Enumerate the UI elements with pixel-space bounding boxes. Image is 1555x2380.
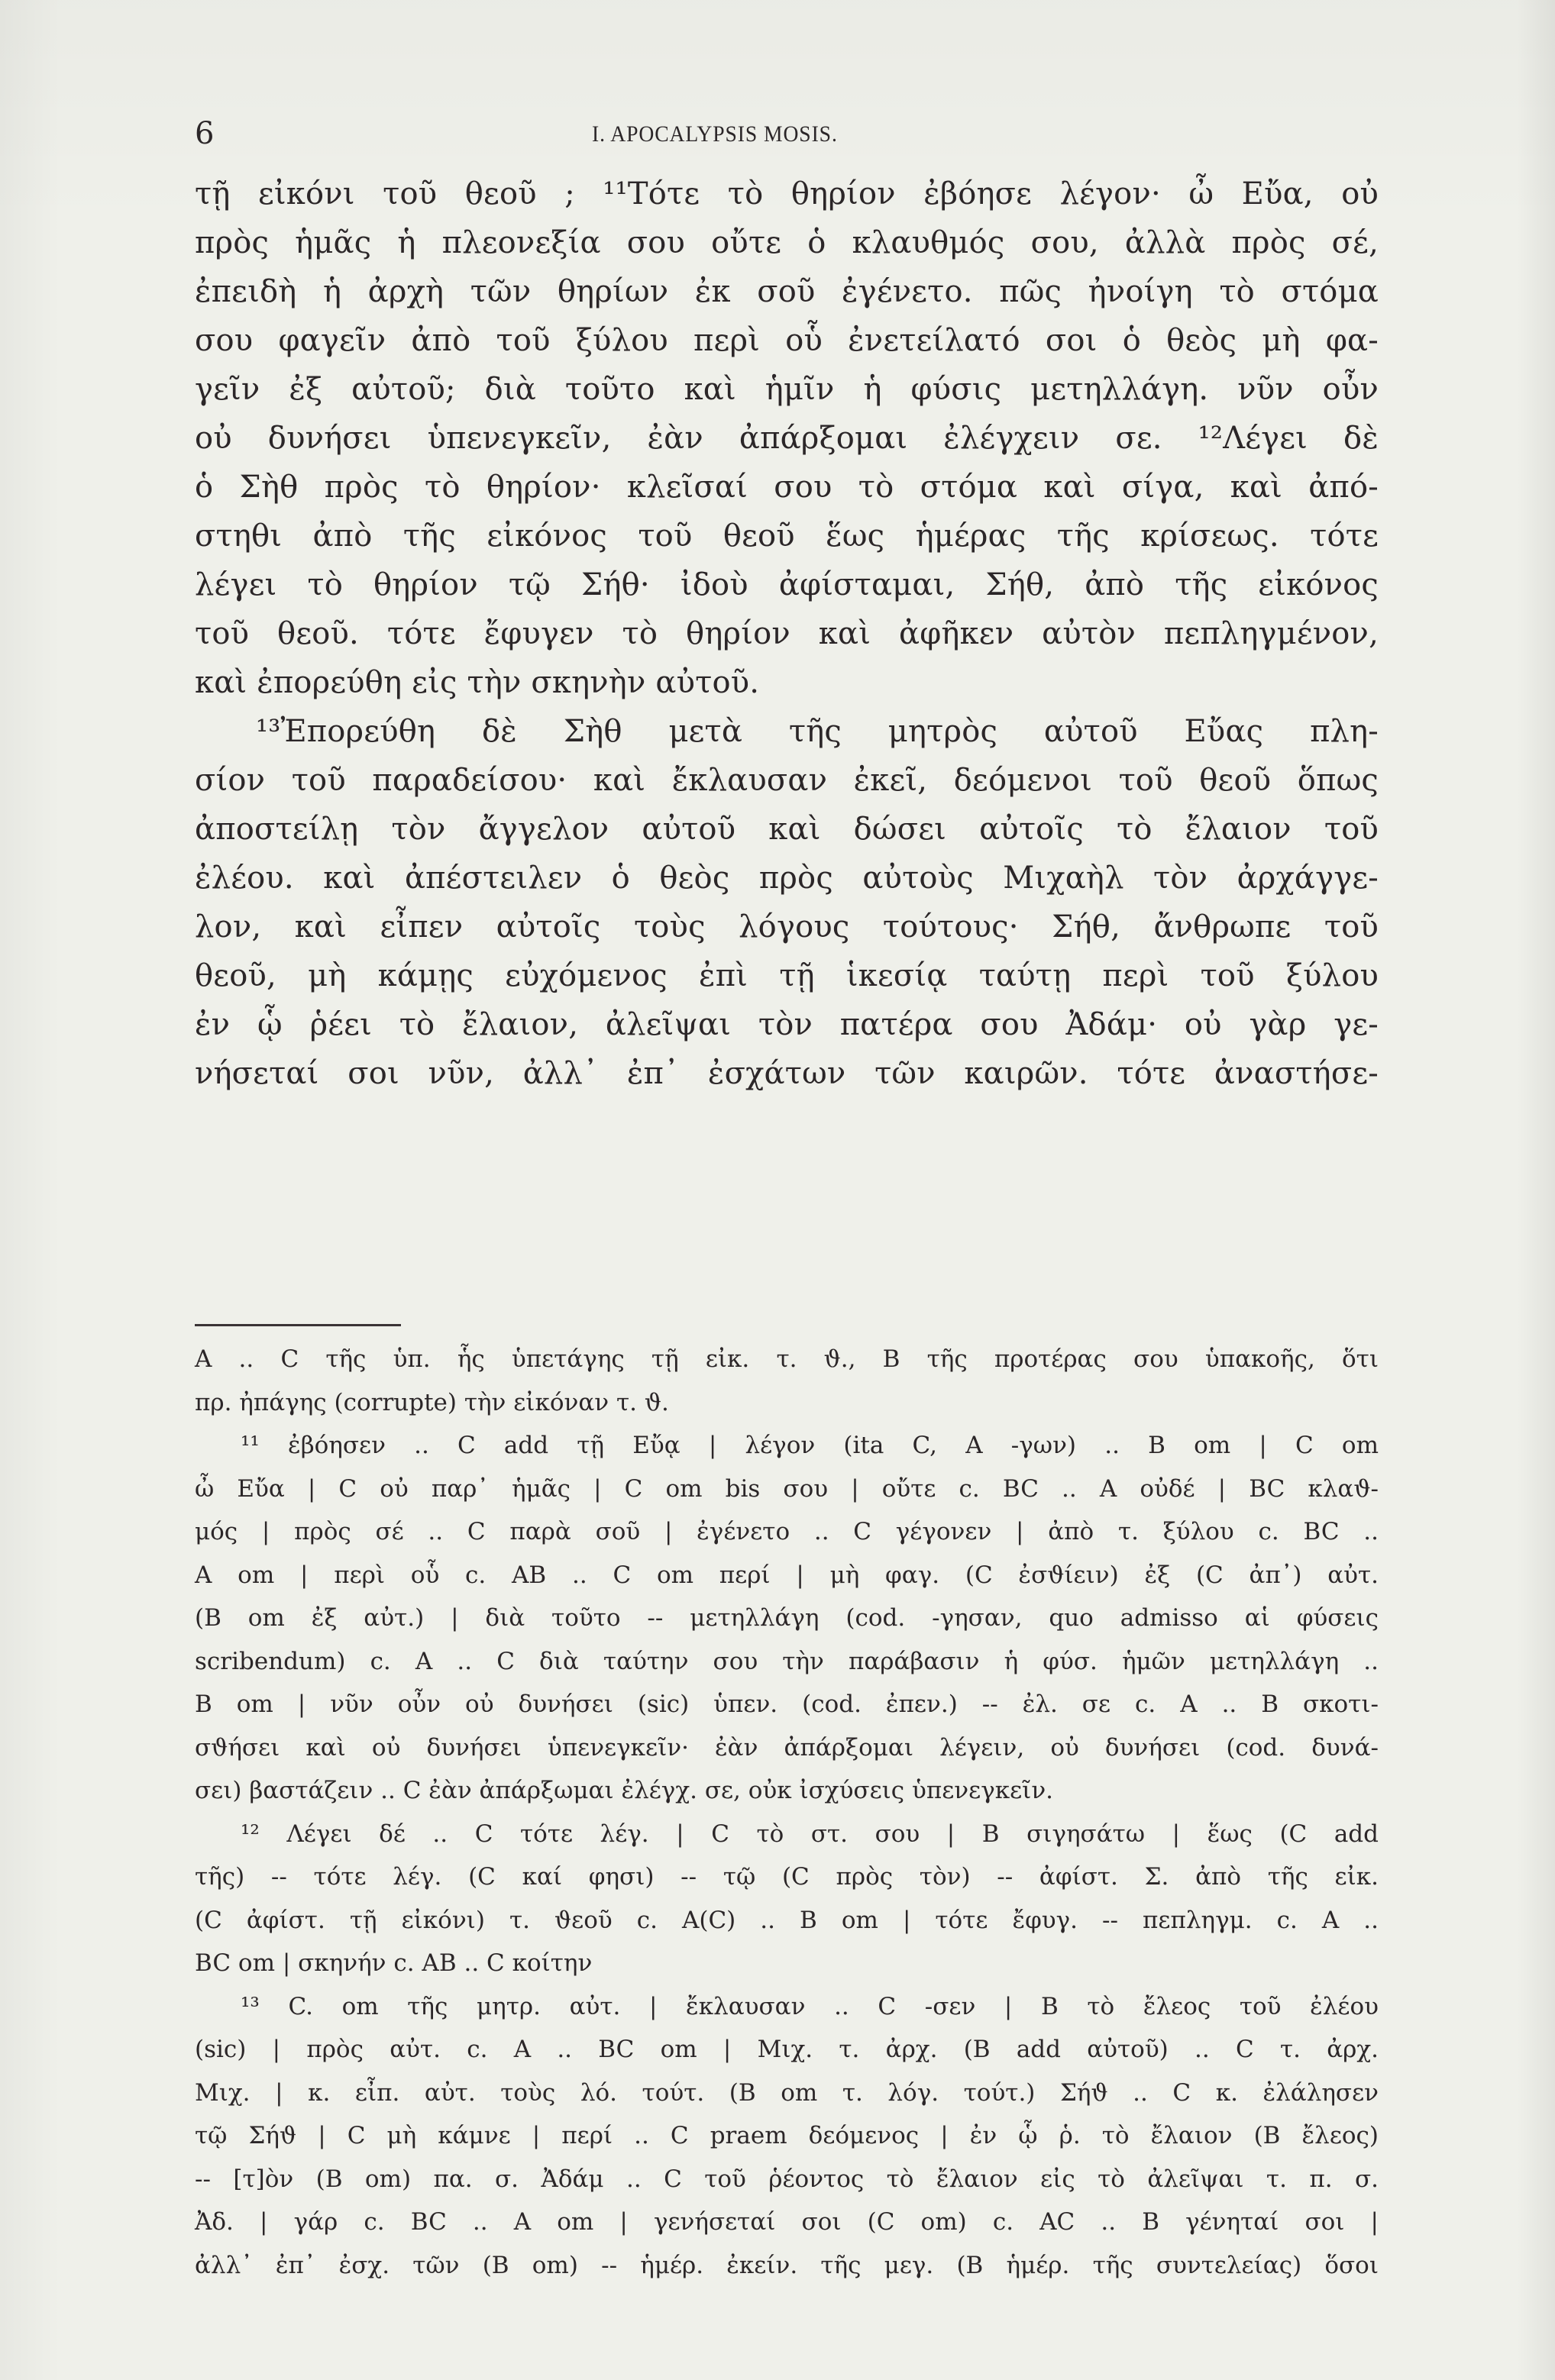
apparatus-line: A om | περὶ οὗ c. AB .. C om περί | μὴ φ… bbox=[195, 1554, 1379, 1597]
text-line: ὁ Σὴθ πρὸς τὸ θηρίον· κλεῖσαί σου τὸ στό… bbox=[195, 463, 1379, 512]
footnote-separator-rule bbox=[195, 1324, 401, 1326]
apparatus-line: ἀλλ᾽ ἐπ᾽ ἐσχ. τῶν (B om) -- ἡμέρ. ἐκείν.… bbox=[195, 2244, 1379, 2288]
apparatus-line: σει) βαστάζειν .. C ἐὰν ἀπάρξωμαι ἐλέγχ.… bbox=[195, 1769, 1379, 1813]
text-line: ἐπειδὴ ἡ ἀρχὴ τῶν θηρίων ἐκ σοῦ ἐγένετο.… bbox=[195, 267, 1379, 316]
text-line: γεῖν ἐξ αὐτοῦ; διὰ τοῦτο καὶ ἡμῖν ἡ φύσι… bbox=[195, 365, 1379, 414]
main-text-body: τῇ εἰκόνι τοῦ θεοῦ ; ¹¹Τότε τὸ θηρίον ἐβ… bbox=[195, 170, 1379, 1098]
apparatus-line: ¹³ C. om τῆς μητρ. αὐτ. | ἔκλαυσαν .. C … bbox=[195, 1985, 1379, 2029]
text-line: πρὸς ἡμᾶς ἡ πλεονεξία σου οὔτε ὁ κλαυθμό… bbox=[195, 218, 1379, 267]
apparatus-line: μός | πρὸς σέ .. C παρὰ σοῦ | ἐγένετο ..… bbox=[195, 1510, 1379, 1554]
page-number: 6 bbox=[195, 115, 214, 153]
text-line: ἀποστείλῃ τὸν ἄγγελον αὐτοῦ καὶ δώσει αὐ… bbox=[195, 805, 1379, 854]
text-line: στηθι ἀπὸ τῆς εἰκόνος τοῦ θεοῦ ἕως ἡμέρα… bbox=[195, 512, 1379, 560]
apparatus-line: (C ἀφίστ. τῇ εἰκόνι) τ. ϑεοῦ c. A(C) .. … bbox=[195, 1899, 1379, 1942]
text-line: οὐ δυνήσει ὑπενεγκεῖν, ἐὰν ἀπάρξομαι ἐλέ… bbox=[195, 414, 1379, 463]
text-line: ἐλέου. καὶ ἀπέστειλεν ὁ θεὸς πρὸς αὐτοὺς… bbox=[195, 854, 1379, 903]
page-header: 6 I. APOCALYPSIS MOSIS. bbox=[195, 115, 1379, 153]
apparatus-line: τῆς) -- τότε λέγ. (C καί φησι) -- τῷ (C … bbox=[195, 1855, 1379, 1899]
apparatus-line: (B om ἐξ αὐτ.) | διὰ τοῦτο -- μετηλλάγη … bbox=[195, 1597, 1379, 1640]
text-line: τῇ εἰκόνι τοῦ θεοῦ ; ¹¹Τότε τὸ θηρίον ἐβ… bbox=[195, 170, 1379, 218]
apparatus-line: τῷ Σήϑ | C μὴ κάμνε | περί .. C praem δε… bbox=[195, 2114, 1379, 2158]
apparatus-line: σϑήσει καὶ οὐ δυνήσει ὑπενεγκεῖν· ἐὰν ἀπ… bbox=[195, 1726, 1379, 1770]
apparatus-line: Ἀδ. | γάρ c. BC .. A om | γενήσεταί σοι … bbox=[195, 2201, 1379, 2244]
apparatus-line: scribendum) c. A .. C διὰ ταύτην σου τὴν… bbox=[195, 1640, 1379, 1684]
apparatus-line: A .. C τῆς ὑπ. ἧς ὑπετάγης τῇ εἰκ. τ. ϑ.… bbox=[195, 1338, 1379, 1381]
apparatus-line: ¹¹ ἐβόησεν .. C add τῇ Εὔᾳ | λέγον (ita … bbox=[195, 1424, 1379, 1468]
apparatus-line: BC om | σκηνήν c. AB .. C κοίτην bbox=[195, 1942, 1379, 1985]
text-line: θεοῦ, μὴ κάμῃς εὐχόμενος ἐπὶ τῇ ἱκεσίᾳ τ… bbox=[195, 951, 1379, 1000]
text-line: ἐν ᾧ ῥέει τὸ ἔλαιον, ἀλεῖψαι τὸν πατέρα … bbox=[195, 1000, 1379, 1049]
text-line: καὶ ἐπορεύθη εἰς τὴν σκηνὴν αὐτοῦ. bbox=[195, 658, 1379, 707]
text-line: ¹³Ἐπορεύθη δὲ Σὴθ μετὰ τῆς μητρὸς αὐτοῦ … bbox=[195, 707, 1379, 756]
text-line: σίον τοῦ παραδείσου· καὶ ἔκλαυσαν ἐκεῖ, … bbox=[195, 756, 1379, 805]
running-head: I. APOCALYPSIS MOSIS. bbox=[592, 119, 838, 150]
text-line: λον, καὶ εἶπεν αὐτοῖς τοὺς λόγους τούτου… bbox=[195, 903, 1379, 951]
apparatus-line: ¹² Λέγει δέ .. C τότε λέγ. | C τὸ στ. σο… bbox=[195, 1813, 1379, 1856]
critical-apparatus: A .. C τῆς ὑπ. ἧς ὑπετάγης τῇ εἰκ. τ. ϑ.… bbox=[195, 1338, 1379, 2287]
apparatus-line: B om | νῦν οὖν οὐ δυνήσει (sic) ὑπεν. (c… bbox=[195, 1683, 1379, 1726]
apparatus-line: -- [τ]ὸν (B om) πα. σ. Ἀδάμ .. C τοῦ ῥέο… bbox=[195, 2158, 1379, 2201]
apparatus-line: ὦ Εὔα | C οὐ παρ᾽ ἡμᾶς | C om bis σου | … bbox=[195, 1468, 1379, 1511]
text-line: σου φαγεῖν ἀπὸ τοῦ ξύλου περὶ οὗ ἐνετείλ… bbox=[195, 316, 1379, 365]
apparatus-line: (sic) | πρὸς αὐτ. c. A .. BC om | Μιχ. τ… bbox=[195, 2028, 1379, 2072]
text-line: τοῦ θεοῦ. τότε ἔφυγεν τὸ θηρίον καὶ ἀφῆκ… bbox=[195, 609, 1379, 658]
apparatus-line: Μιχ. | κ. εἶπ. αὐτ. τοὺς λό. τούτ. (B om… bbox=[195, 2072, 1379, 2115]
text-line: νήσεταί σοι νῦν, ἀλλ᾽ ἐπ᾽ ἐσχάτων τῶν κα… bbox=[195, 1049, 1379, 1098]
text-line: λέγει τὸ θηρίον τῷ Σήθ· ἰδοὺ ἀφίσταμαι, … bbox=[195, 560, 1379, 609]
apparatus-line: πρ. ἠπάγης (corrupte) τὴν εἰκόναν τ. ϑ. bbox=[195, 1381, 1379, 1425]
